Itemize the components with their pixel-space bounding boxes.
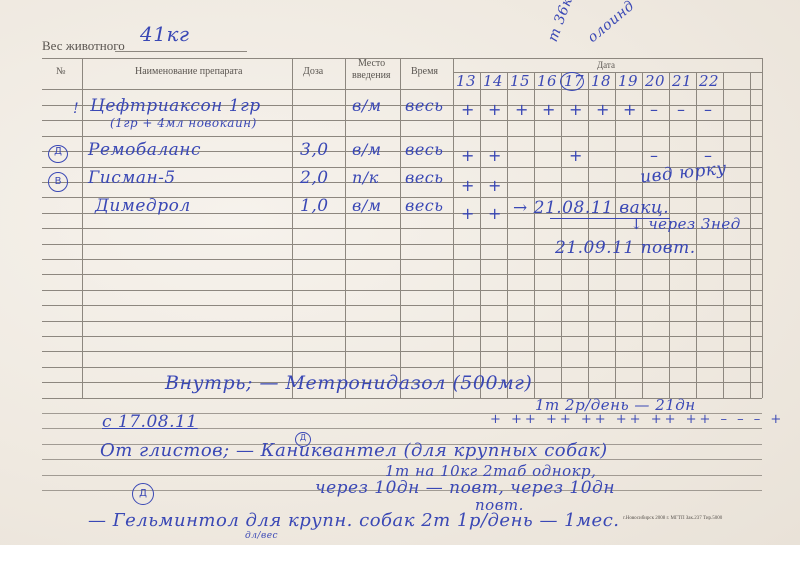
deworm-line-1: От глистов; — Каниквантел (для крупных с… (100, 440, 608, 461)
header-site-1: Место (358, 58, 385, 69)
col-divider-drug (292, 58, 293, 398)
plus-mark: + (488, 176, 501, 195)
date-col-line (696, 72, 697, 398)
col-divider-time (453, 58, 454, 398)
oral-marks: + ++ ++ ++ ++ ++ ++ – – – + (490, 412, 784, 427)
row3-dose: 2,0 (300, 168, 329, 188)
row2-dose: 3,0 (300, 140, 329, 160)
dash-mark: – (704, 100, 712, 119)
col-divider-dose (345, 58, 346, 398)
header-date: Дата (597, 60, 615, 70)
date-number: 20 (645, 72, 665, 90)
dash-mark: – (650, 146, 658, 165)
date-number: 15 (510, 72, 530, 90)
date-number: 18 (591, 72, 611, 90)
date-col-line (534, 72, 535, 398)
col-divider-site (400, 58, 401, 398)
row4-drug: Димедрол (95, 196, 191, 216)
row4-site: в/м (352, 196, 381, 215)
header-site-2: введения (352, 70, 391, 81)
plus-mark: + (461, 146, 474, 165)
plus-mark: + (488, 146, 501, 165)
date-col-line (642, 72, 643, 398)
plus-mark: + (542, 100, 555, 119)
oral-line: Внутрь; — Метронидазол (500мг) (165, 372, 532, 394)
ruled-line (42, 259, 762, 260)
date-number: 16 (537, 72, 557, 90)
plus-mark: + (461, 100, 474, 119)
date-col-line (750, 72, 751, 398)
weight-underline (115, 51, 247, 52)
plus-mark: + (488, 204, 501, 223)
row1-time: весь (405, 96, 443, 115)
dash-mark: – (677, 100, 685, 119)
side-note-3: ↓ через 3нед (630, 215, 741, 233)
weight-value: 41кг (140, 22, 190, 46)
header-time: Время (411, 66, 438, 77)
scan-margin (0, 545, 800, 581)
last-small: дл/вес (245, 531, 278, 541)
col-divider-num (82, 58, 83, 398)
plus-mark: + (569, 100, 582, 119)
date-number: 22 (699, 72, 719, 90)
date-number: 13 (456, 72, 476, 90)
plus-mark: + (596, 100, 609, 119)
header-dose: Доза (303, 66, 323, 77)
row2-site: в/м (352, 140, 381, 159)
row3-time: весь (405, 168, 443, 187)
date-col-line (507, 72, 508, 398)
plus-mark: + (623, 100, 636, 119)
row1-marker: ! (73, 101, 79, 117)
date-col-line (615, 72, 616, 398)
dash-mark: – (650, 100, 658, 119)
header-drug: Наименование препарата (135, 66, 243, 77)
row3-marker-icon: B (48, 172, 68, 192)
date-col-line (669, 72, 670, 398)
date-number: 19 (618, 72, 638, 90)
ruled-line (42, 305, 762, 306)
date-col-line (588, 72, 589, 398)
row3-site: п/к (352, 168, 379, 187)
row4-dose: 1,0 (300, 196, 329, 216)
last-line: — Гельминтол для крупн. собак 2т 1р/день… (88, 510, 620, 531)
start-date: с 17.08.11 (102, 412, 198, 432)
ruled-line (42, 351, 762, 352)
top-note-2: олоинд (585, 0, 638, 46)
top-note-1: т 36кг (545, 0, 578, 44)
table-right-border (762, 58, 763, 398)
footer-print: г.Новосибирск 2008 г. МГТП Зак.237 Тир.5… (623, 516, 722, 521)
ruled-line (42, 274, 762, 275)
date-number: 14 (483, 72, 503, 90)
date-col-line (723, 72, 724, 398)
row4-time: весь (405, 196, 443, 215)
ruled-line (42, 336, 762, 337)
ruled-line (42, 367, 762, 368)
date-col-line (480, 72, 481, 398)
date-col-line (561, 72, 562, 398)
circled-date-mark (560, 72, 584, 91)
side-note-4: 21.09.11 повт. (555, 238, 696, 258)
date-number: 21 (672, 72, 692, 90)
row3-drug: Гисман-5 (88, 168, 176, 188)
plus-mark: + (488, 100, 501, 119)
weight-label: Вес животного (42, 38, 125, 54)
plus-mark: + (569, 146, 582, 165)
deworm-marker-1-icon: Д (295, 432, 311, 447)
row2-marker-icon: Д (48, 145, 68, 163)
row1-drug-note: (1гр + 4мл новокаин) (110, 116, 257, 130)
table-top-border (42, 58, 762, 59)
row2-drug: Ремобаланс (88, 140, 201, 160)
ruled-line (42, 136, 762, 137)
plus-mark: + (461, 176, 474, 195)
deworm-marker-2-icon: Д (132, 483, 154, 505)
row1-site: в/м (352, 96, 381, 115)
deworm-line-3: через 10дн — повт, через 10дн (315, 478, 615, 498)
row2-time: весь (405, 140, 443, 159)
ruled-line (42, 290, 762, 291)
treatment-sheet: Вес животного 41кг т 36кг олоинд № Наиме… (0, 0, 800, 545)
header-num: № (56, 66, 66, 77)
row1-drug: Цефтриаксон 1гр (90, 96, 261, 116)
plus-mark: + (515, 100, 528, 119)
ruled-line (42, 321, 762, 322)
plus-mark: + (461, 204, 474, 223)
